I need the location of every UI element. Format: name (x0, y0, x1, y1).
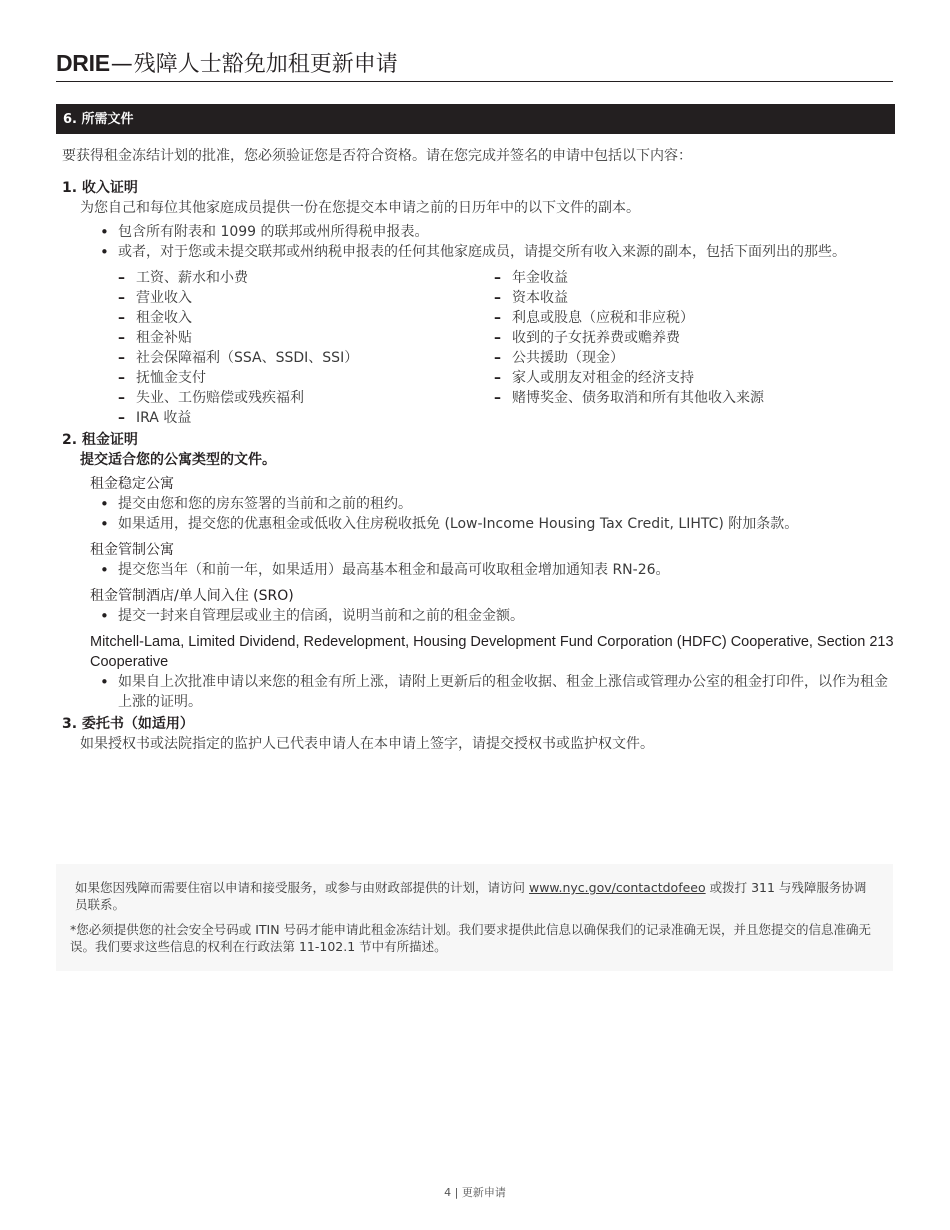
page-subtitle: 残障人士豁免加租更新申请 (134, 52, 398, 77)
apartment-bullet-list: 提交由您和您的房东签署的当前和之前的租约。 如果适用，提交您的优惠租金或低收入住… (62, 494, 897, 534)
income-source-item: 社会保障福利（SSA、SSDI、SSI） (118, 348, 494, 368)
apartment-bullet-list: 如果自上次批准申请以来您的租金有所上涨，请附上更新后的租金收据、租金上涨信或管理… (62, 672, 897, 712)
ssn-footnote: *您必须提供您的社会安全号码或 ITIN 号码才能申请此租金冻结计划。我们要求提… (70, 921, 875, 955)
section-header: 6. 所需文件 (56, 104, 895, 134)
requirement-heading: 3. 委托书（如适用） (62, 714, 897, 734)
requirement-description: 如果授权书或法院指定的监护人已代表申请人在本申请上签字，请提交授权书或监护权文件… (80, 734, 897, 754)
apartment-bullet-list: 提交您当年（和前一年，如果适用）最高基本租金和最高可收取租金增加通知表 RN-2… (62, 560, 897, 580)
income-source-item: IRA 收益 (118, 408, 494, 428)
accessibility-note-box: 如果您因残障而需要住宿以申请和接受服务，或参与由财政部提供的计划，请访问 www… (56, 864, 893, 971)
bullet-item: 包含所有附表和 1099 的联邦或州所得税申报表。 (100, 222, 897, 242)
requirement-income: 1. 收入证明 为您自己和每位其他家庭成员提供一份在您提交本申请之前的日历年中的… (62, 178, 897, 428)
accommodation-text: 如果您因残障而需要住宿以申请和接受服务，或参与由财政部提供的计划，请访问 (75, 880, 529, 895)
income-source-item: 租金收入 (118, 308, 494, 328)
income-source-item: 抚恤金支付 (118, 368, 494, 388)
requirement-heading: 1. 收入证明 (62, 178, 897, 198)
income-source-item: 租金补贴 (118, 328, 494, 348)
income-sources-left: 工资、薪水和小费 营业收入 租金收入 租金补贴 社会保障福利（SSA、SSDI、… (118, 268, 494, 428)
bullet-item: 提交一封来自管理层或业主的信函，说明当前和之前的租金金额。 (100, 606, 897, 626)
requirement-power-of-attorney: 3. 委托书（如适用） 如果授权书或法院指定的监护人已代表申请人在本申请上签字，… (62, 714, 897, 754)
page-footer: 4 | 更新申请 (0, 1184, 950, 1200)
requirement-heading: 2. 租金证明 (62, 430, 897, 450)
requirement-description: 为您自己和每位其他家庭成员提供一份在您提交本申请之前的日历年中的以下文件的副本。 (80, 198, 897, 218)
accommodation-note: 如果您因残障而需要住宿以申请和接受服务，或参与由财政部提供的计划，请访问 www… (75, 879, 875, 913)
apartment-type-rent-controlled: 租金管制公寓 (90, 540, 897, 560)
income-source-item: 年金收益 (494, 268, 764, 288)
program-acronym: DRIE (56, 50, 110, 76)
apartment-bullet-list: 提交一封来自管理层或业主的信函，说明当前和之前的租金金额。 (62, 606, 897, 626)
apartment-type-mitchell-lama: Mitchell-Lama, Limited Dividend, Redevel… (90, 632, 897, 672)
apartment-type-rent-stabilized: 租金稳定公寓 (90, 474, 897, 494)
section-content: 要获得租金冻结计划的批准，您必须验证您是否符合资格。请在您完成并签名的申请中包括… (62, 146, 897, 754)
income-source-item: 利息或股息（应税和非应税） (494, 308, 764, 328)
requirement-rent: 2. 租金证明 提交适合您的公寓类型的文件。 租金稳定公寓 提交由您和您的房东签… (62, 430, 897, 712)
page-title: DRIE—残障人士豁免加租更新申请 (56, 48, 893, 82)
bullet-item: 如果适用，提交您的优惠租金或低收入住房税收抵免 (Low-Income Hous… (100, 514, 897, 534)
income-source-item: 家人或朋友对租金的经济支持 (494, 368, 764, 388)
income-source-item: 公共援助（现金） (494, 348, 764, 368)
income-source-item: 资本收益 (494, 288, 764, 308)
income-sources: 工资、薪水和小费 营业收入 租金收入 租金补贴 社会保障福利（SSA、SSDI、… (118, 268, 897, 428)
income-source-item: 失业、工伤赔偿或残疾福利 (118, 388, 494, 408)
income-sources-right: 年金收益 资本收益 利息或股息（应税和非应税） 收到的子女抚养费或赡养费 公共援… (494, 268, 764, 428)
title-dash: — (111, 52, 133, 77)
income-bullet-list: 包含所有附表和 1099 的联邦或州所得税申报表。 或者，对于您或未提交联邦或州… (62, 222, 897, 262)
income-source-item: 工资、薪水和小费 (118, 268, 494, 288)
section-intro: 要获得租金冻结计划的批准，您必须验证您是否符合资格。请在您完成并签名的申请中包括… (62, 146, 897, 166)
contact-dofeeo-link[interactable]: www.nyc.gov/contactdofeeo (529, 880, 706, 895)
bullet-item: 或者，对于您或未提交联邦或州纳税申报表的任何其他家庭成员，请提交所有收入来源的副… (100, 242, 897, 262)
bullet-item: 提交由您和您的房东签署的当前和之前的租约。 (100, 494, 897, 514)
requirement-description: 提交适合您的公寓类型的文件。 (80, 450, 897, 470)
income-source-item: 营业收入 (118, 288, 494, 308)
income-source-item: 收到的子女抚养费或赡养费 (494, 328, 764, 348)
bullet-item: 提交您当年（和前一年，如果适用）最高基本租金和最高可收取租金增加通知表 RN-2… (100, 560, 897, 580)
bullet-item: 如果自上次批准申请以来您的租金有所上涨，请附上更新后的租金收据、租金上涨信或管理… (100, 672, 897, 712)
income-source-item: 赌博奖金、债务取消和所有其他收入来源 (494, 388, 764, 408)
apartment-type-sro: 租金管制酒店/单人间入住 (SRO) (90, 586, 897, 606)
